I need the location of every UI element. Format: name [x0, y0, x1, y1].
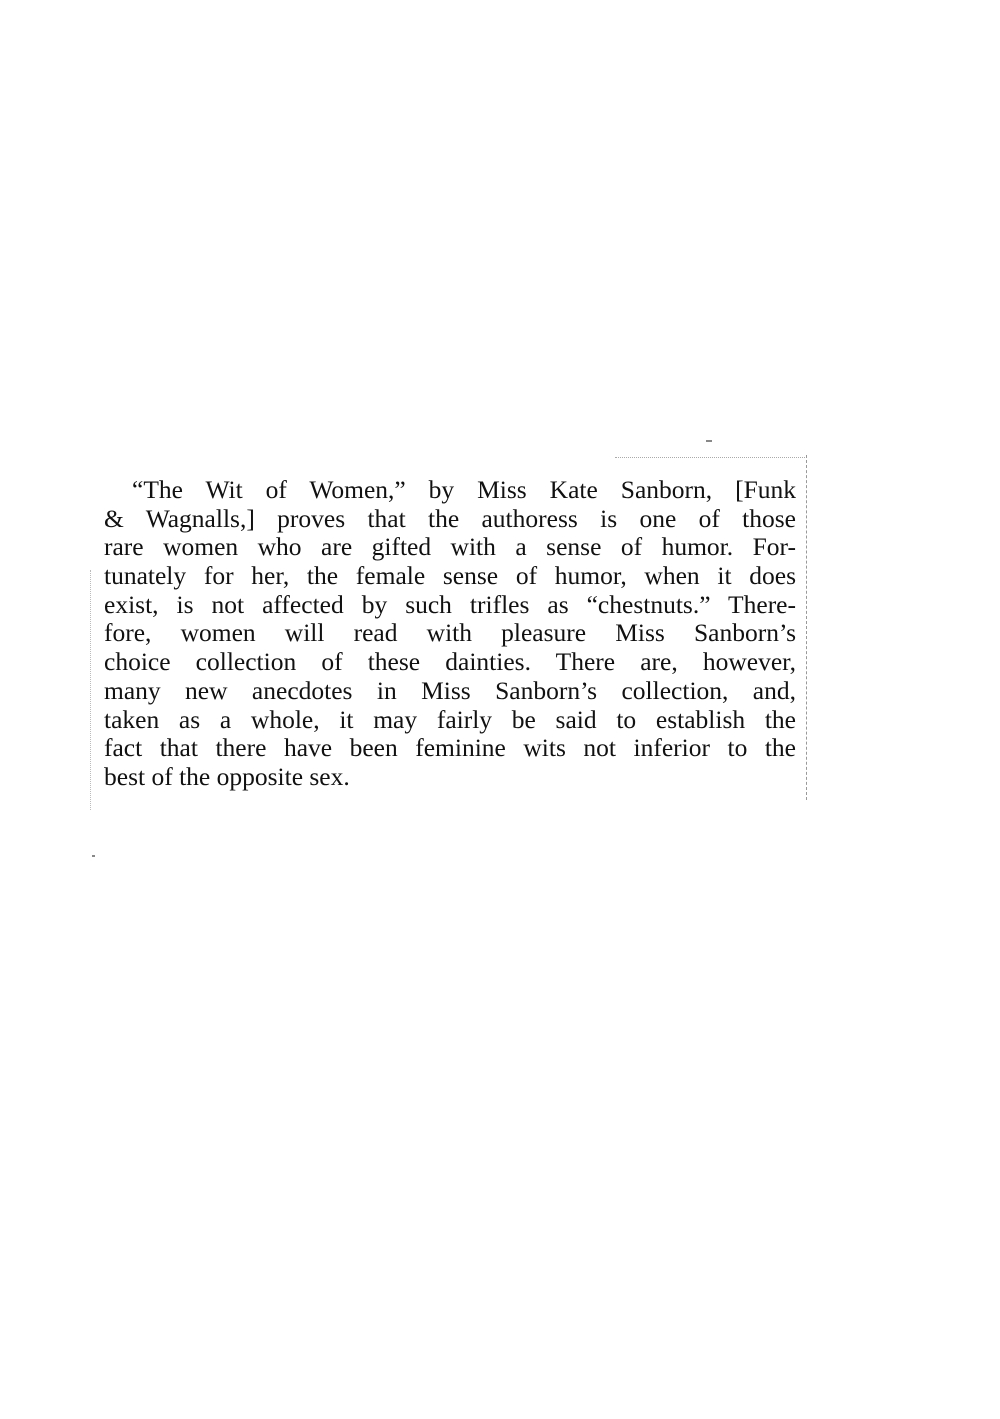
text-line: fore, women will read with pleasure Miss… — [104, 619, 796, 648]
clipping-edge-left — [90, 570, 91, 810]
scan-mark — [92, 855, 95, 857]
text-line: exist, is not affected by such trifles a… — [104, 591, 796, 620]
clipping-edge-top — [615, 457, 805, 458]
text-line: & Wagnalls,] proves that the authoress i… — [104, 505, 796, 534]
text-line: fact that there have been feminine wits … — [104, 734, 796, 763]
scan-mark — [706, 440, 712, 442]
text-line: tunately for her, the female sense of hu… — [104, 562, 796, 591]
text-line: “The Wit of Women,” by Miss Kate Sanborn… — [104, 476, 796, 505]
text-line: taken as a whole, it may fairly be said … — [104, 706, 796, 735]
text-line: best of the opposite sex. — [104, 763, 796, 792]
text-line: choice collection of these dainties. The… — [104, 648, 796, 677]
text-line: rare women who are gifted with a sense o… — [104, 533, 796, 562]
text-line: many new anecdotes in Miss Sanborn’s col… — [104, 677, 796, 706]
newspaper-clipping: “The Wit of Women,” by Miss Kate Sanborn… — [104, 476, 796, 792]
clipping-edge-right — [806, 455, 807, 800]
